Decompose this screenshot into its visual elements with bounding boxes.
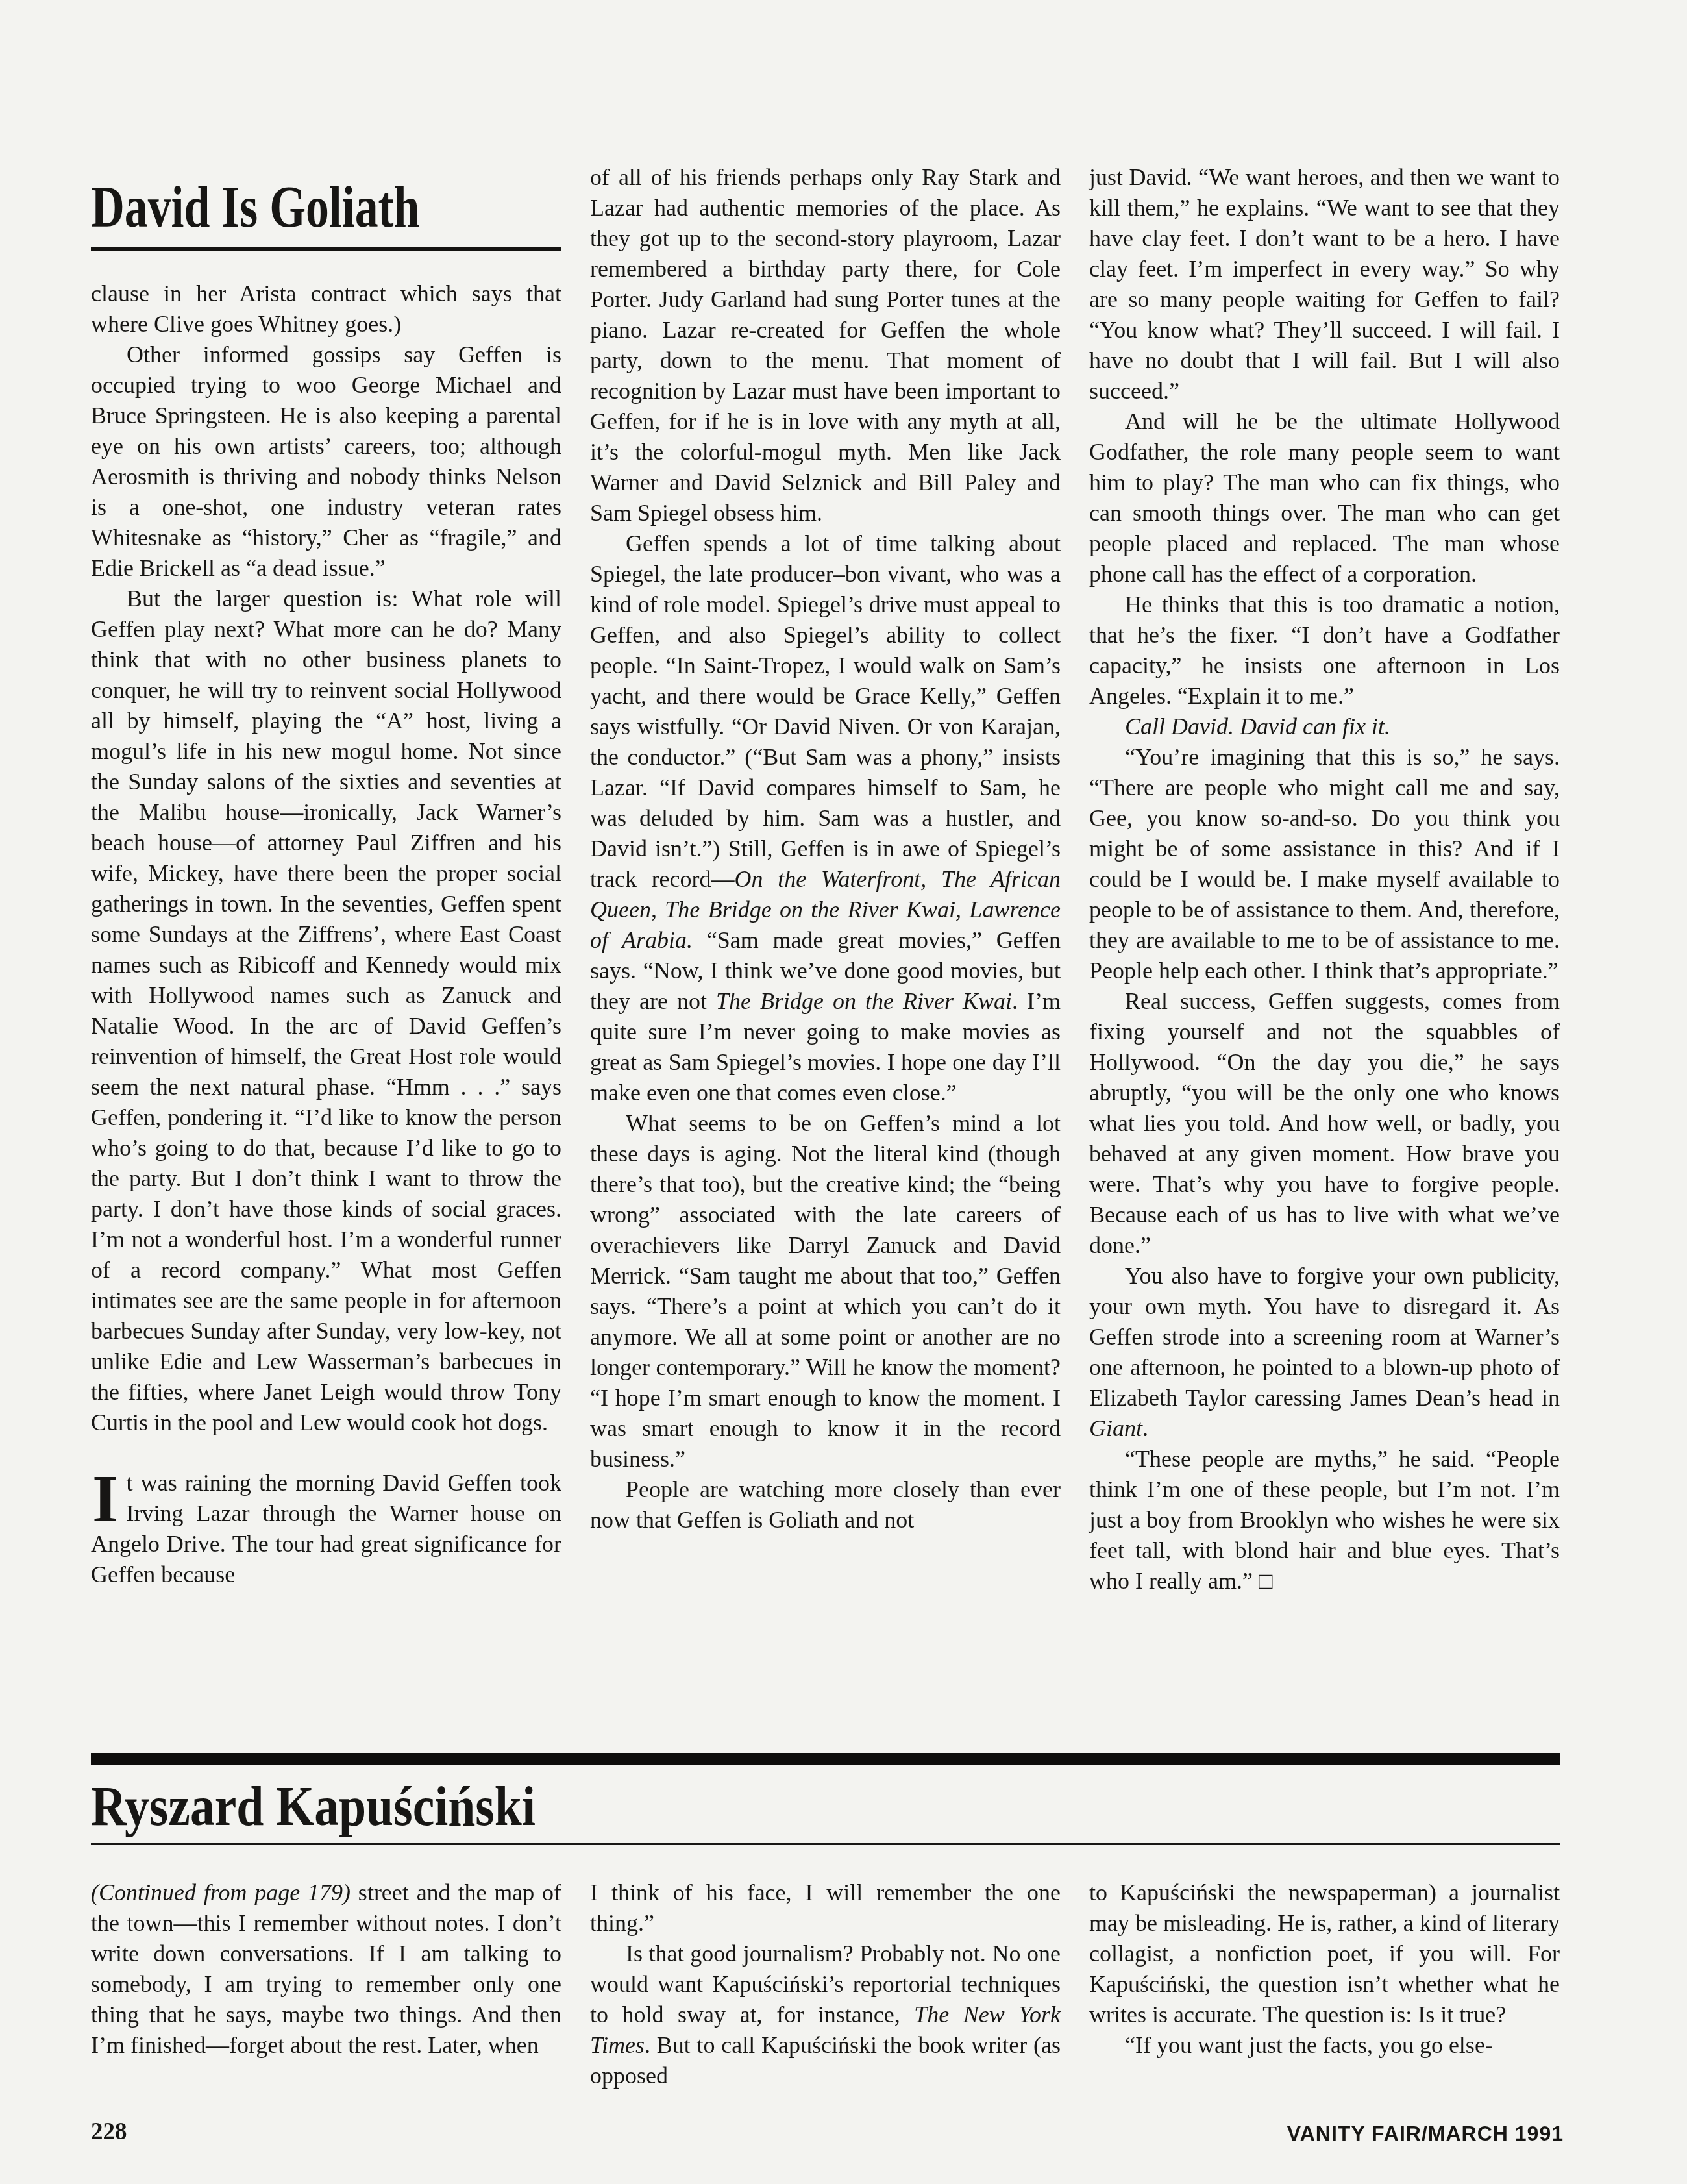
body-text: You also have to forgive your own public…: [1089, 1263, 1560, 1411]
paragraph: And will he be the ultimate Hollywood Go…: [1089, 406, 1560, 589]
paragraph: just David. “We want heroes, and then we…: [1089, 162, 1560, 406]
column-1: David Is Goliath clause in her Arista co…: [91, 162, 561, 1750]
body-text: .: [1142, 1415, 1148, 1441]
body-text: t was raining the morning David Geffen t…: [91, 1470, 561, 1587]
column-3-text: to Kapuściński the newspaperman) a journ…: [1089, 1878, 1560, 2061]
body-text: He thinks that this is too dramatic a no…: [1089, 591, 1560, 709]
body-text: “If you want just the facts, you go else…: [1125, 2032, 1493, 2058]
italic-text: Giant: [1089, 1415, 1142, 1441]
paragraph: “You’re imagining that this is so,” he s…: [1089, 742, 1560, 986]
column-2: I think of his face, I will remember the…: [590, 1878, 1061, 2122]
paragraph: Other informed gossips say Geffen is occ…: [91, 340, 561, 584]
paragraph: clause in her Arista contract which says…: [91, 279, 561, 340]
column-2-text: of all of his friends perhaps only Ray S…: [590, 162, 1061, 1535]
drop-cap: I: [91, 1468, 126, 1525]
body-text: Other informed gossips say Geffen is occ…: [91, 341, 561, 581]
body-text: I think of his face, I will remember the…: [590, 1880, 1061, 1936]
paragraph: (Continued from page 179) street and the…: [91, 1878, 561, 2061]
paragraph: “These people are myths,” he said. “Peop…: [1089, 1444, 1560, 1596]
body-text: And will he be the ultimate Hollywood Go…: [1089, 408, 1560, 587]
column-3-text: just David. “We want heroes, and then we…: [1089, 162, 1560, 1596]
paragraph: People are watching more closely than ev…: [590, 1474, 1061, 1535]
paragraph: He thinks that this is too dramatic a no…: [1089, 589, 1560, 712]
paragraph: Geffen spends a lot of time talking abou…: [590, 528, 1061, 1108]
article-ryszard-kapuscinski: (Continued from page 179) street and the…: [91, 1878, 1560, 2122]
body-text: . But to call Kapuściński the book write…: [590, 2032, 1061, 2089]
column-2-text: I think of his face, I will remember the…: [590, 1878, 1061, 2091]
page-number: 228: [91, 2118, 127, 2146]
body-text: People are watching more closely than ev…: [590, 1476, 1061, 1533]
body-text: Geffen spends a lot of time talking abou…: [590, 530, 1061, 892]
paragraph: to Kapuściński the newspaperman) a journ…: [1089, 1878, 1560, 2030]
article-title: David Is Goliath: [91, 175, 419, 238]
paragraph: Is that good journalism? Probably not. N…: [590, 1939, 1061, 2091]
body-text: to Kapuściński the newspaperman) a journ…: [1089, 1880, 1560, 2028]
column-1-text: (Continued from page 179) street and the…: [91, 1878, 561, 2061]
title-underline-rule: [91, 247, 561, 251]
paragraph: Call David. David can fix it.: [1089, 712, 1560, 742]
column-3: just David. “We want heroes, and then we…: [1089, 162, 1560, 1750]
article-david-is-goliath: David Is Goliath clause in her Arista co…: [91, 162, 1560, 1750]
paragraph: It was raining the morning David Geffen …: [91, 1468, 561, 1590]
paragraph: You also have to forgive your own public…: [1089, 1261, 1560, 1444]
body-text: But the larger question is: What role wi…: [91, 586, 561, 1435]
section-title-underline-rule: [91, 1843, 1560, 1845]
body-text: street and the map of the town—this I re…: [91, 1880, 561, 2058]
body-text: just David. “We want heroes, and then we…: [1089, 164, 1560, 404]
magazine-page: { "colors": { "background": "#f3f3f0", "…: [0, 0, 1687, 2184]
section-divider-thick-rule: [91, 1753, 1560, 1765]
paragraph: “If you want just the facts, you go else…: [1089, 2030, 1560, 2061]
section-title-kapuscinski: Ryszard Kapuściński: [91, 1776, 536, 1836]
paragraph: of all of his friends perhaps only Ray S…: [590, 162, 1061, 528]
column-2: of all of his friends perhaps only Ray S…: [590, 162, 1061, 1750]
body-text: “You’re imagining that this is so,” he s…: [1089, 744, 1560, 984]
paragraph: Real success, Geffen suggests, comes fro…: [1089, 986, 1560, 1261]
column-1: (Continued from page 179) street and the…: [91, 1878, 561, 2122]
column-1-text: clause in her Arista contract which says…: [91, 279, 561, 1590]
paragraph: But the larger question is: What role wi…: [91, 584, 561, 1438]
paragraph: I think of his face, I will remember the…: [590, 1878, 1061, 1939]
italic-text: The Bridge on the River Kwai: [716, 988, 1012, 1014]
italic-text: (Continued from page 179): [91, 1880, 351, 1905]
body-text: of all of his friends perhaps only Ray S…: [590, 164, 1061, 526]
body-text: clause in her Arista contract which says…: [91, 280, 561, 337]
paragraph: What seems to be on Geffen’s mind a lot …: [590, 1108, 1061, 1474]
italic-text: Call David. David can fix it.: [1125, 714, 1390, 739]
body-text: Real success, Geffen suggests, comes fro…: [1089, 988, 1560, 1258]
body-text: What seems to be on Geffen’s mind a lot …: [590, 1110, 1061, 1472]
column-3: to Kapuściński the newspaperman) a journ…: [1089, 1878, 1560, 2122]
magazine-date-footer: VANITY FAIR/MARCH 1991: [1287, 2122, 1564, 2146]
body-text: “These people are myths,” he said. “Peop…: [1089, 1446, 1560, 1594]
